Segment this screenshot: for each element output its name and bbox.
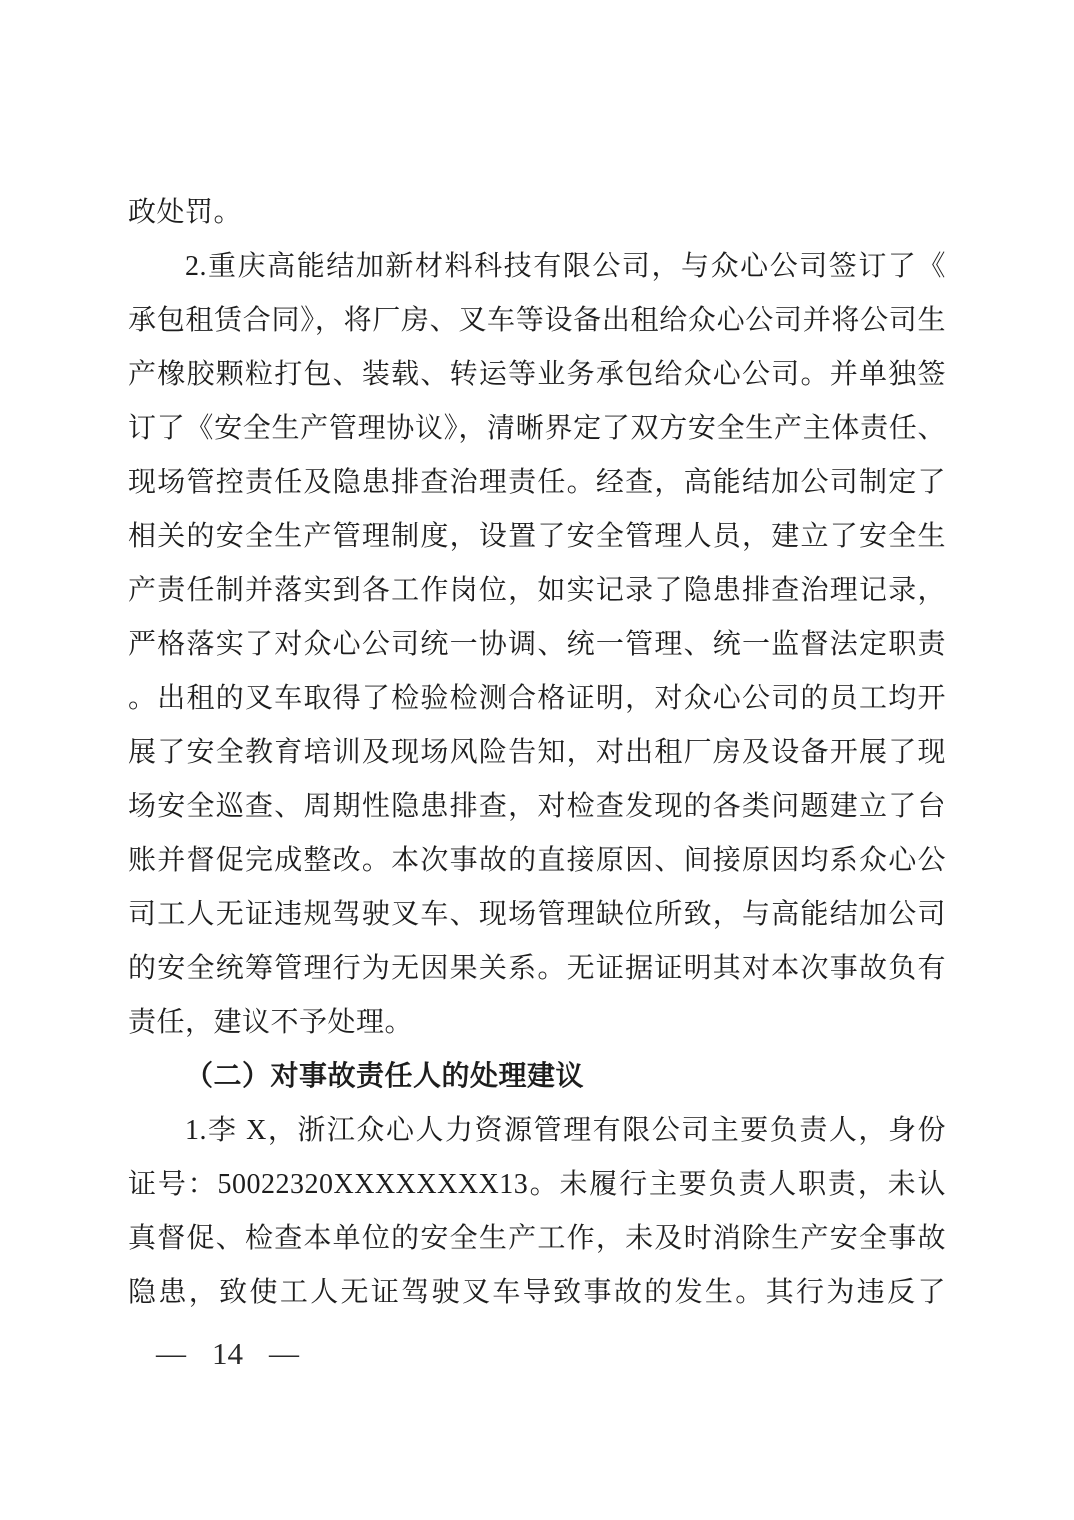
text-line: 产责任制并落实到各工作岗位，如实记录了隐患排查治理记录， bbox=[128, 564, 946, 618]
footer-dash-right: — bbox=[269, 1337, 299, 1371]
text-line: 承包租赁合同》，将厂房、叉车等设备出租给众心公司并将公司生 bbox=[128, 294, 946, 348]
text-line: 2.重庆高能结加新材料科技有限公司，与众心公司签订了《 bbox=[128, 240, 946, 294]
text-line: 司工人无证违规驾驶叉车、现场管理缺位所致，与高能结加公司 bbox=[128, 888, 946, 942]
text-line: 真督促、检查本单位的安全生产工作，未及时消除生产安全事故 bbox=[128, 1212, 946, 1266]
footer-dash-left: — bbox=[156, 1337, 186, 1371]
text-line: 产橡胶颗粒打包、装载、转运等业务承包给众心公司。并单独签 bbox=[128, 348, 946, 402]
text-line: 隐患，致使工人无证驾驶叉车导致事故的发生。其行为违反了《中 bbox=[128, 1266, 946, 1320]
text-line: 场安全巡查、周期性隐患排查，对检查发现的各类问题建立了台 bbox=[128, 780, 946, 834]
text-line: 政处罚。 bbox=[128, 186, 946, 240]
document-page: 政处罚。2.重庆高能结加新材料科技有限公司，与众心公司签订了《承包租赁合同》，将… bbox=[0, 0, 1074, 1520]
section-heading: （二）对事故责任人的处理建议 bbox=[128, 1050, 946, 1104]
page-footer: — 14 — bbox=[156, 1336, 299, 1372]
text-line: 严格落实了对众心公司统一协调、统一管理、统一监督法定职责 bbox=[128, 618, 946, 672]
text-line: 。出租的叉车取得了检验检测合格证明，对众心公司的员工均开 bbox=[128, 672, 946, 726]
text-line: 证号：50022320XXXXXXXX13。未履行主要负责人职责，未认 bbox=[128, 1158, 946, 1212]
text-line: 账并督促完成整改。本次事故的直接原因、间接原因均系众心公 bbox=[128, 834, 946, 888]
text-line: 展了安全教育培训及现场风险告知，对出租厂房及设备开展了现 bbox=[128, 726, 946, 780]
text-line: 订了《安全生产管理协议》，清晰界定了双方安全生产主体责任、 bbox=[128, 402, 946, 456]
text-line: 相关的安全生产管理制度，设置了安全管理人员，建立了安全生 bbox=[128, 510, 946, 564]
text-line: 责任，建议不予处理。 bbox=[128, 996, 946, 1050]
text-line: 现场管控责任及隐患排查治理责任。经查，高能结加公司制定了 bbox=[128, 456, 946, 510]
document-body: 政处罚。2.重庆高能结加新材料科技有限公司，与众心公司签订了《承包租赁合同》，将… bbox=[128, 186, 946, 1320]
text-line: 的安全统筹管理行为无因果关系。无证据证明其对本次事故负有 bbox=[128, 942, 946, 996]
text-line: 1.李 X，浙江众心人力资源管理有限公司主要负责人，身份 bbox=[128, 1104, 946, 1158]
page-number: 14 bbox=[212, 1336, 243, 1372]
